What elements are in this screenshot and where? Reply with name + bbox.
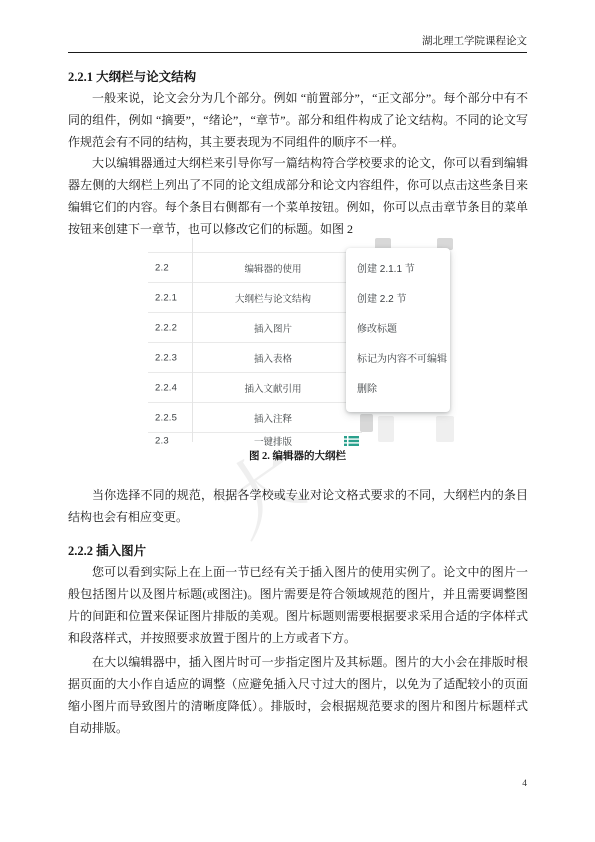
column-divider — [192, 238, 193, 442]
row-title: 大纲栏与论文结构 — [192, 291, 354, 305]
row-title: 插入注释 — [192, 411, 354, 425]
page-number: 4 — [68, 779, 527, 789]
outline-panel: 2.2 编辑器的使用 2.2.1 大纲栏与论文结构 2.2.2 插入图片 2.2… — [148, 238, 362, 442]
row-number: 2.2.2 — [155, 322, 177, 333]
section-heading-221: 2.2.1 大纲栏与论文结构 — [68, 69, 527, 85]
outline-row: 2.3 一键排版 — [148, 433, 362, 449]
row-title: 一键排版 — [192, 434, 354, 448]
paragraph: 在大以编辑器中，插入图片时可一步指定图片及其标题。图片的大小会在排版时根据页面的… — [68, 651, 528, 739]
menu-item-delete: 删除 — [346, 375, 450, 405]
menu-item-create-section: 创建 2.2 节 — [346, 285, 450, 315]
row-number: 2.3 — [155, 436, 169, 447]
row-title: 插入表格 — [192, 351, 354, 365]
background-button-fragment — [436, 416, 454, 442]
paragraph: 一般来说，论文会分为几个部分。例如 “前置部分”，“正文部分”。每个部分中有不同… — [68, 87, 528, 153]
menu-item-mark-readonly: 标记为内容不可编辑 — [346, 345, 450, 375]
row-title: 插入图片 — [192, 321, 354, 335]
outline-row: 2.2.2 插入图片 — [148, 313, 362, 343]
row-title: 插入文献引用 — [192, 381, 354, 395]
row-number: 2.2.5 — [155, 412, 177, 423]
menu-item-create-subsection: 创建 2.1.1 节 — [346, 255, 450, 285]
paragraph: 当你选择不同的规范，根据各学校或专业对论文格式要求的不同，大纲栏内的条目结构也会… — [68, 484, 528, 528]
paragraph: 大以编辑器通过大纲栏来引导你写一篇结构符合学校要求的论文，你可以看到编辑器左侧的… — [68, 152, 528, 240]
outline-row: 2.2.5 插入注释 — [148, 403, 362, 433]
background-button-fragment — [378, 416, 394, 442]
row-number: 2.2.3 — [155, 352, 177, 363]
document-page: 湖北理工学院课程论文 大 2.2.1 大纲栏与论文结构 一般来说，论文会分为几个… — [0, 0, 595, 842]
row-number: 2.2 — [155, 262, 169, 273]
outline-row: 2.2.3 插入表格 — [148, 343, 362, 373]
outline-row: 2.2 编辑器的使用 — [148, 253, 362, 283]
menu-item-rename: 修改标题 — [346, 315, 450, 345]
row-title: 编辑器的使用 — [192, 261, 354, 275]
outline-row: 2.2.4 插入文献引用 — [148, 373, 362, 403]
outline-row: 2.2.1 大纲栏与论文结构 — [148, 283, 362, 313]
page-header: 湖北理工学院课程论文 — [68, 34, 527, 53]
background-button-fragment — [360, 414, 373, 432]
outline-row-partial — [148, 238, 362, 253]
paragraph: 您可以看到实际上在上面一节已经有关于插入图片的使用实例了。论文中的图片一般包括图… — [68, 561, 528, 649]
context-menu: 创建 2.1.1 节 创建 2.2 节 修改标题 标记为内容不可编辑 删除 — [346, 248, 450, 412]
figure-caption: 图 2. 编辑器的大纲栏 — [68, 448, 527, 463]
format-list-icon — [344, 436, 359, 447]
figure-outline-screenshot: 2.2 编辑器的使用 2.2.1 大纲栏与论文结构 2.2.2 插入图片 2.2… — [148, 238, 464, 442]
header-text: 湖北理工学院课程论文 — [422, 36, 527, 47]
section-heading-222: 2.2.2 插入图片 — [68, 543, 527, 559]
row-number: 2.2.4 — [155, 382, 177, 393]
row-number: 2.2.1 — [155, 292, 177, 303]
